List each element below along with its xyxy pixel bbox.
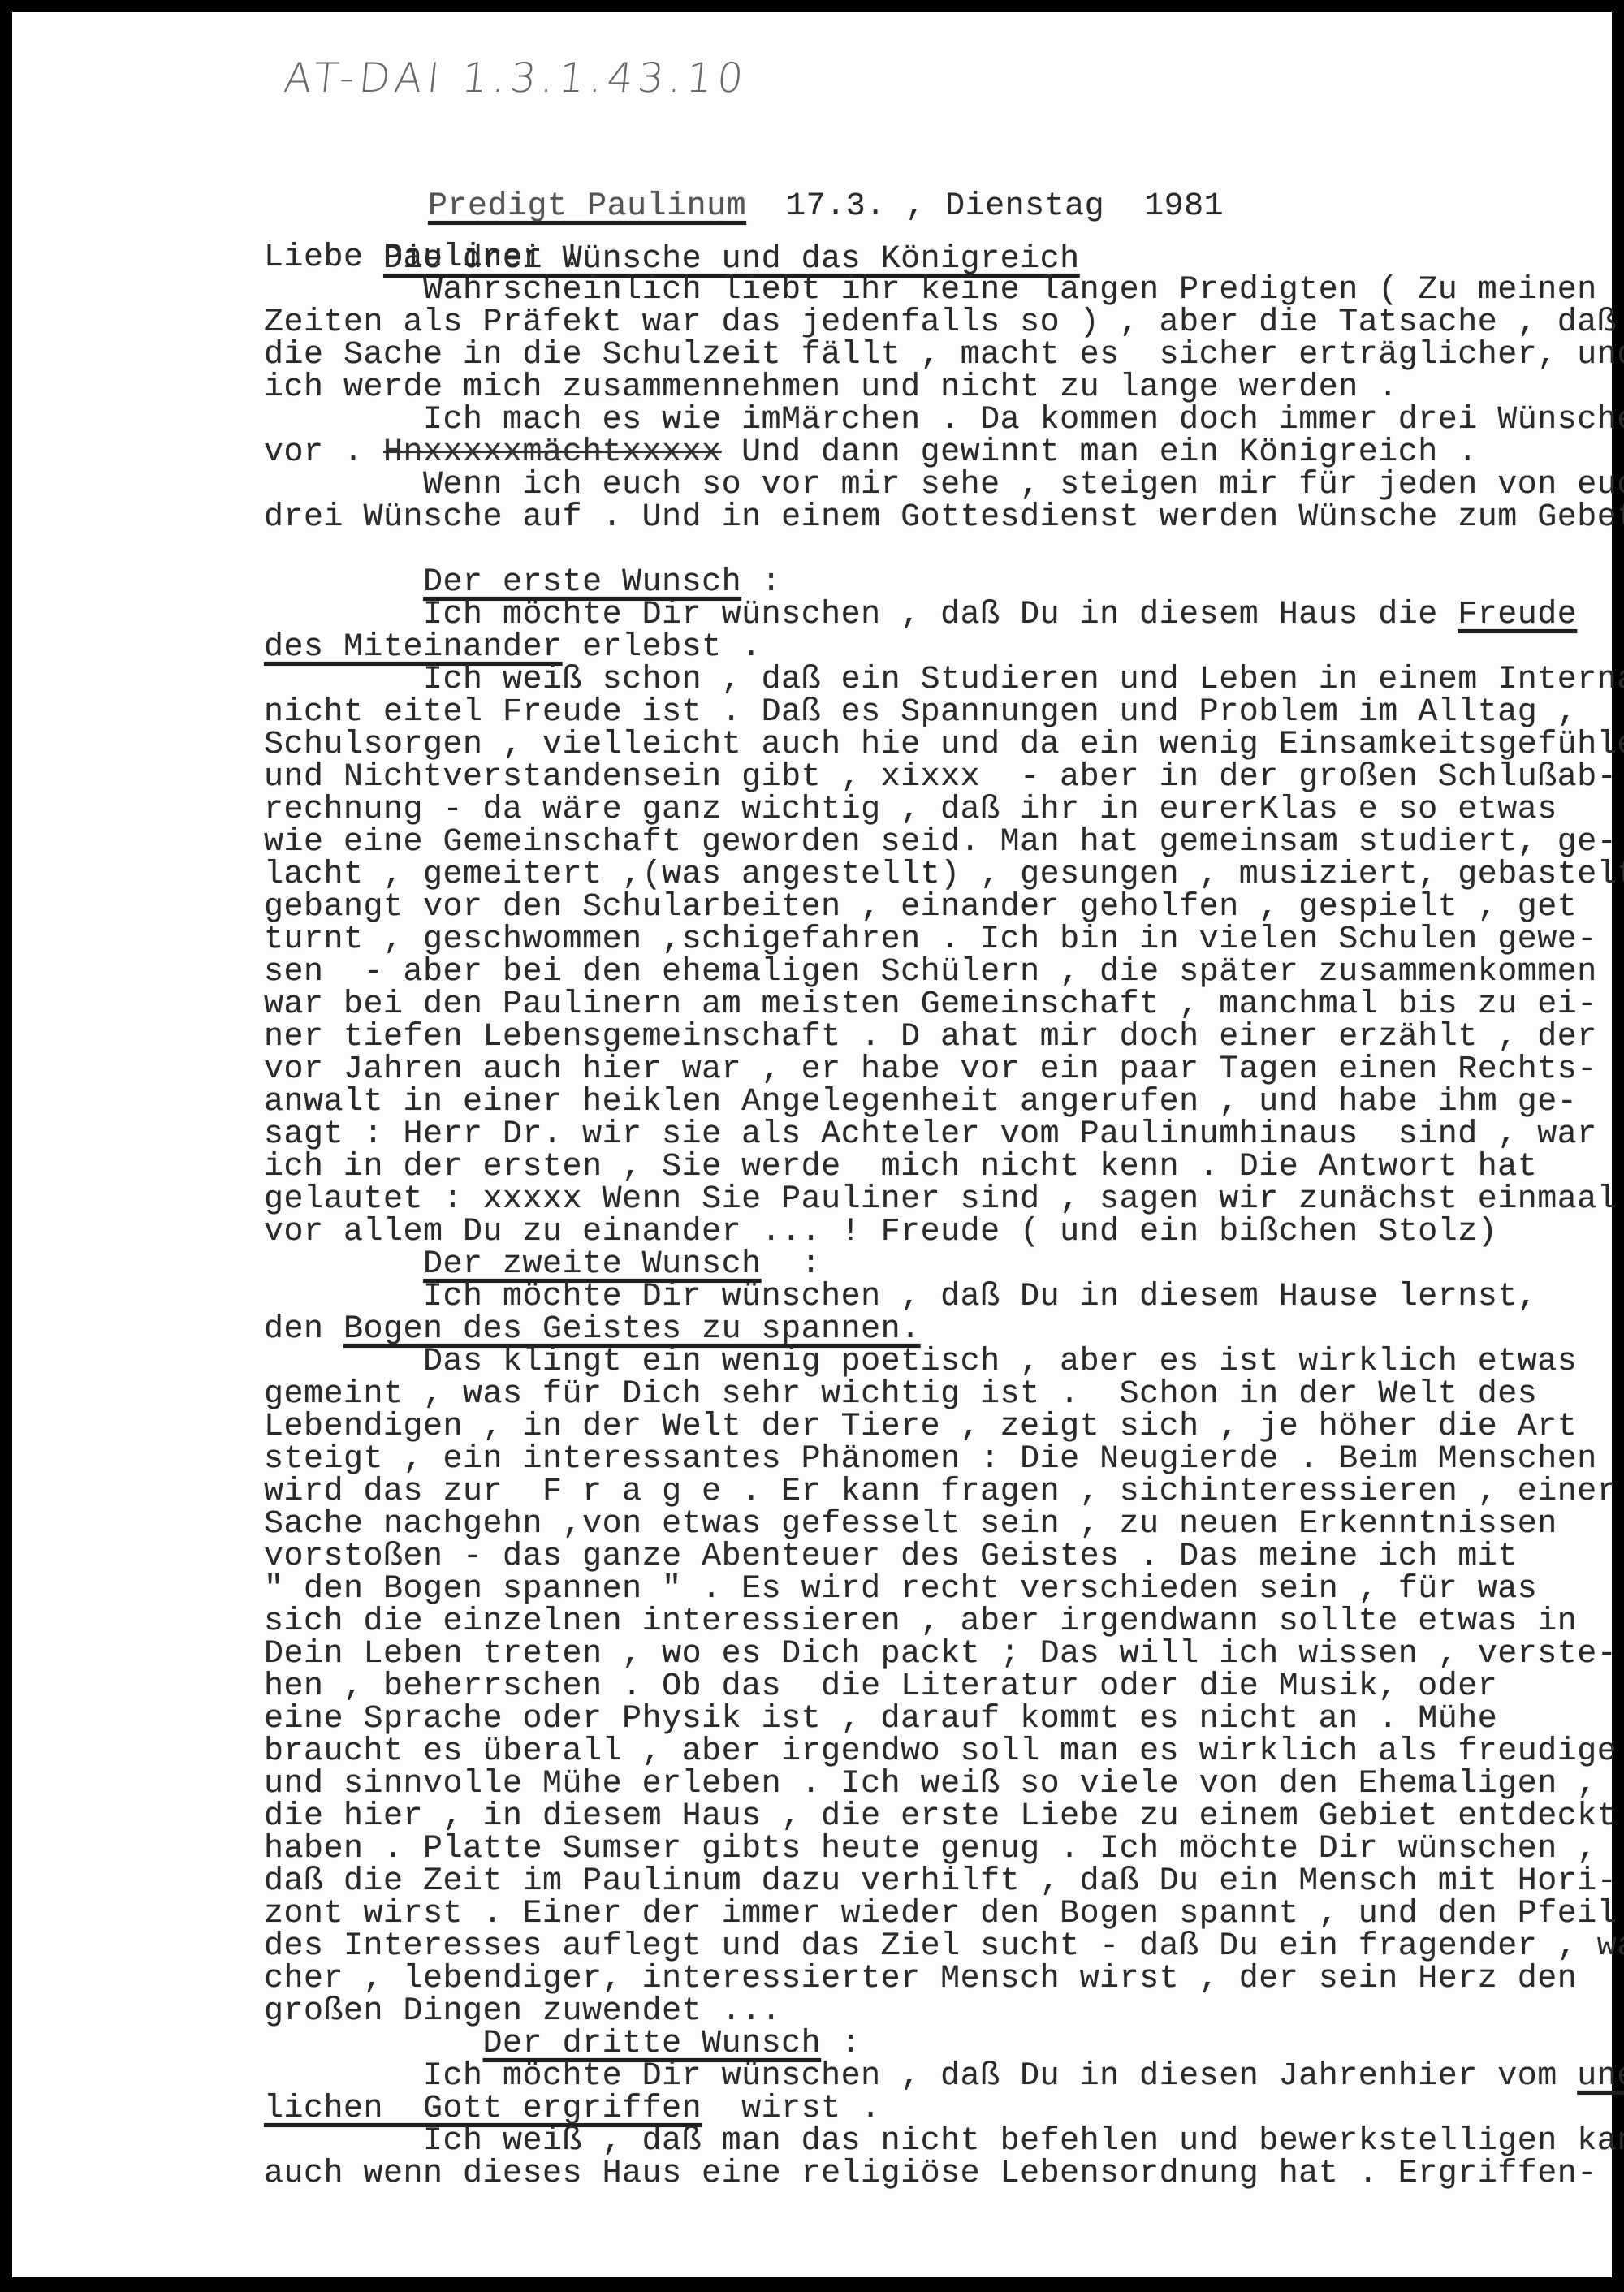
wish2-body-line: braucht es überall , aber irgendwo soll …: [264, 1736, 1617, 1768]
wish1-body-line: rechnung - da wäre ganz wichtig , daß ih…: [264, 794, 1557, 827]
wish2-body-line: wird das zur F r a g e . Er kann fragen …: [264, 1476, 1617, 1509]
wish3-statement-text: Ich möchte Dir wünschen , daß Du in dies…: [264, 2058, 1577, 2095]
wish2-emphasis: Bogen des Geistes zu spannen.: [343, 1311, 921, 1348]
wish2-statement: den Bogen des Geistes zu spannen.: [264, 1314, 921, 1346]
intro-line: ich werde mich zusammennehmen und nicht …: [264, 372, 1398, 404]
wish2-body-line: daß die Zeit im Paulinum dazu verhilft ,…: [264, 1866, 1617, 1898]
wish2-body-line: cher , lebendiger, interessierter Mensch…: [264, 1963, 1577, 1996]
archive-signature: AT-DAI 1.3.1.43.10: [282, 54, 750, 101]
wish1-body-line: gebangt vor den Schularbeiten , einander…: [264, 891, 1577, 924]
wish3-statement: lichen Gott ergriffen wirst .: [264, 2093, 881, 2126]
wish1-body-line: ich in der ersten , Sie werde mich nicht…: [264, 1151, 1537, 1184]
wish2-body-line: hen , beherrschen . Ob das die Literatur…: [264, 1671, 1497, 1703]
wish2-heading-text: Der zweite Wunsch: [423, 1246, 762, 1283]
heading-colon: :: [821, 2026, 861, 2062]
wish2-statement: Ich möchte Dir wünschen , daß Du in dies…: [264, 1281, 1537, 1314]
document-header: Predigt Paulinum 17.3. , Dienstag 1981: [309, 158, 1224, 191]
wish1-heading: Der erste Wunsch :: [264, 567, 781, 599]
wish1-body-line: sen - aber bei den ehemaligen Schülern ,…: [264, 956, 1597, 989]
wish1-body-line: Schulsorgen , vielleicht auch hie und da…: [264, 729, 1624, 762]
wish1-statement-text: erlebst .: [563, 629, 762, 666]
wish2-body-line: zont wirst . Einer der immer wieder den …: [264, 1898, 1617, 1931]
intro-line-rest: Und dann gewinnt man ein Königreich .: [722, 434, 1478, 471]
wish1-body-line: anwalt in einer heiklen Angelegenheit an…: [264, 1086, 1577, 1119]
wish3-emphasis: unend-: [1577, 2058, 1624, 2095]
intro-line-start: vor .: [264, 434, 383, 471]
sermon-title: Die drei Wünsche und das Königreich: [264, 211, 1080, 244]
wish2-body-line: Lebendigen , in der Welt der Tiere , zei…: [264, 1411, 1577, 1444]
wish1-body-line: Ich weiß schon , daß ein Studieren und L…: [264, 664, 1624, 697]
wish3-body-line: auch wenn dieses Haus eine religiöse Leb…: [264, 2158, 1597, 2191]
wish2-body-line: gemeint , was für Dich sehr wichtig ist …: [264, 1379, 1537, 1411]
wish3-emphasis: lichen Gott ergriffen: [264, 2091, 702, 2127]
intro-line: drei Wünsche auf . Und in einem Gottesdi…: [264, 502, 1624, 534]
struck-out-text: Hnxxxxxmächtxxxxx: [383, 434, 722, 471]
wish2-statement-text: den: [264, 1311, 343, 1348]
wish3-heading-text: Der dritte Wunsch: [483, 2026, 822, 2062]
wish1-statement: Ich möchte Dir wünschen , daß Du in dies…: [264, 599, 1577, 632]
wish2-body-line: die hier , in diesem Haus , die erste Li…: [264, 1801, 1617, 1833]
wish2-body-line: Dein Leben treten , wo es Dich packt ; D…: [264, 1638, 1617, 1671]
wish2-heading: Der zweite Wunsch :: [264, 1249, 821, 1281]
wish1-emphasis: des Miteinander: [264, 629, 563, 666]
wish2-body-line: des Interesses auflegt und das Ziel such…: [264, 1931, 1624, 1963]
wish2-body-line: eine Sprache oder Physik ist , darauf ko…: [264, 1703, 1497, 1736]
wish2-body-line: Das klingt ein wenig poetisch , aber es …: [264, 1346, 1577, 1379]
wish1-body-line: turnt , geschwommen ,schigefahren . Ich …: [264, 924, 1597, 956]
wish1-statement: des Miteinander erlebst .: [264, 632, 762, 664]
document-page: AT-DAI 1.3.1.43.10 Predigt Paulinum 17.3…: [12, 12, 1612, 2277]
wish1-statement-text: Ich möchte Dir wünschen , daß Du in dies…: [264, 597, 1458, 633]
wish2-body-line: steigt , ein interessantes Phänomen : Di…: [264, 1444, 1597, 1476]
intro-line: Ich mach es wie imMärchen . Da kommen do…: [264, 404, 1624, 437]
salutation: Liebe Pauliner !: [264, 242, 582, 274]
wish1-body-line: lacht , gemeitert ,(was angestellt) , ge…: [264, 859, 1624, 891]
wish1-emphasis: Freude: [1458, 597, 1577, 633]
wish1-body-line: und Nichtverstandensein gibt , xixxx - a…: [264, 762, 1617, 794]
wish2-body-line: " den Bogen spannen " . Es wird recht ve…: [264, 1573, 1537, 1606]
wish1-heading-text: Der erste Wunsch: [423, 564, 741, 601]
wish3-body-line: Ich weiß , daß man das nicht befehlen un…: [264, 2126, 1624, 2158]
wish2-body-line: haben . Platte Sumser gibts heute genug …: [264, 1833, 1597, 1866]
wish1-body-line: sagt : Herr Dr. wir sie als Achteler vom…: [264, 1119, 1597, 1151]
wish2-body-line: Sache nachgehn ,von etwas gefesselt sein…: [264, 1509, 1557, 1541]
wish2-body-line: sich die einzelnen interessieren , aber …: [264, 1606, 1577, 1638]
wish3-statement: Ich möchte Dir wünschen , daß Du in dies…: [264, 2061, 1624, 2093]
wish3-statement-text: wirst .: [702, 2091, 881, 2127]
wish1-body-line: war bei den Paulinern am meisten Gemeins…: [264, 989, 1597, 1021]
wish3-heading: Der dritte Wunsch :: [264, 2028, 861, 2061]
intro-line: vor . Hnxxxxxmächtxxxxx Und dann gewinnt…: [264, 437, 1478, 469]
wish2-body-line: und sinnvolle Mühe erleben . Ich weiß so…: [264, 1768, 1597, 1801]
wish1-body-line: wie eine Gemeinschaft geworden seid. Man…: [264, 827, 1617, 859]
heading-colon: :: [741, 564, 781, 601]
heading-colon: :: [762, 1246, 822, 1283]
wish1-body-line: vor Jahren auch hier war , er habe vor e…: [264, 1054, 1597, 1086]
wish1-body-line: vor allem Du zu einander ... ! Freude ( …: [264, 1216, 1497, 1249]
wish1-body-line: ner tiefen Lebensgemeinschaft . D ahat m…: [264, 1021, 1597, 1054]
intro-line: die Sache in die Schulzeit fällt , macht…: [264, 339, 1624, 372]
wish2-body-line: großen Dingen zuwendet ...: [264, 1996, 781, 2028]
intro-line: Zeiten als Präfekt war das jedenfalls so…: [264, 307, 1617, 339]
wish2-body-line: vorstoßen - das ganze Abenteuer des Geis…: [264, 1541, 1518, 1573]
wish1-body-line: nicht eitel Freude ist . Daß es Spannung…: [264, 697, 1577, 729]
intro-line: Wahrscheinlich liebt ihr keine langen Pr…: [264, 274, 1597, 307]
wish1-body-line: gelautet : xxxxx Wenn Sie Pauliner sind …: [264, 1184, 1617, 1216]
intro-line: Wenn ich euch so vor mir sehe , steigen …: [264, 469, 1624, 502]
